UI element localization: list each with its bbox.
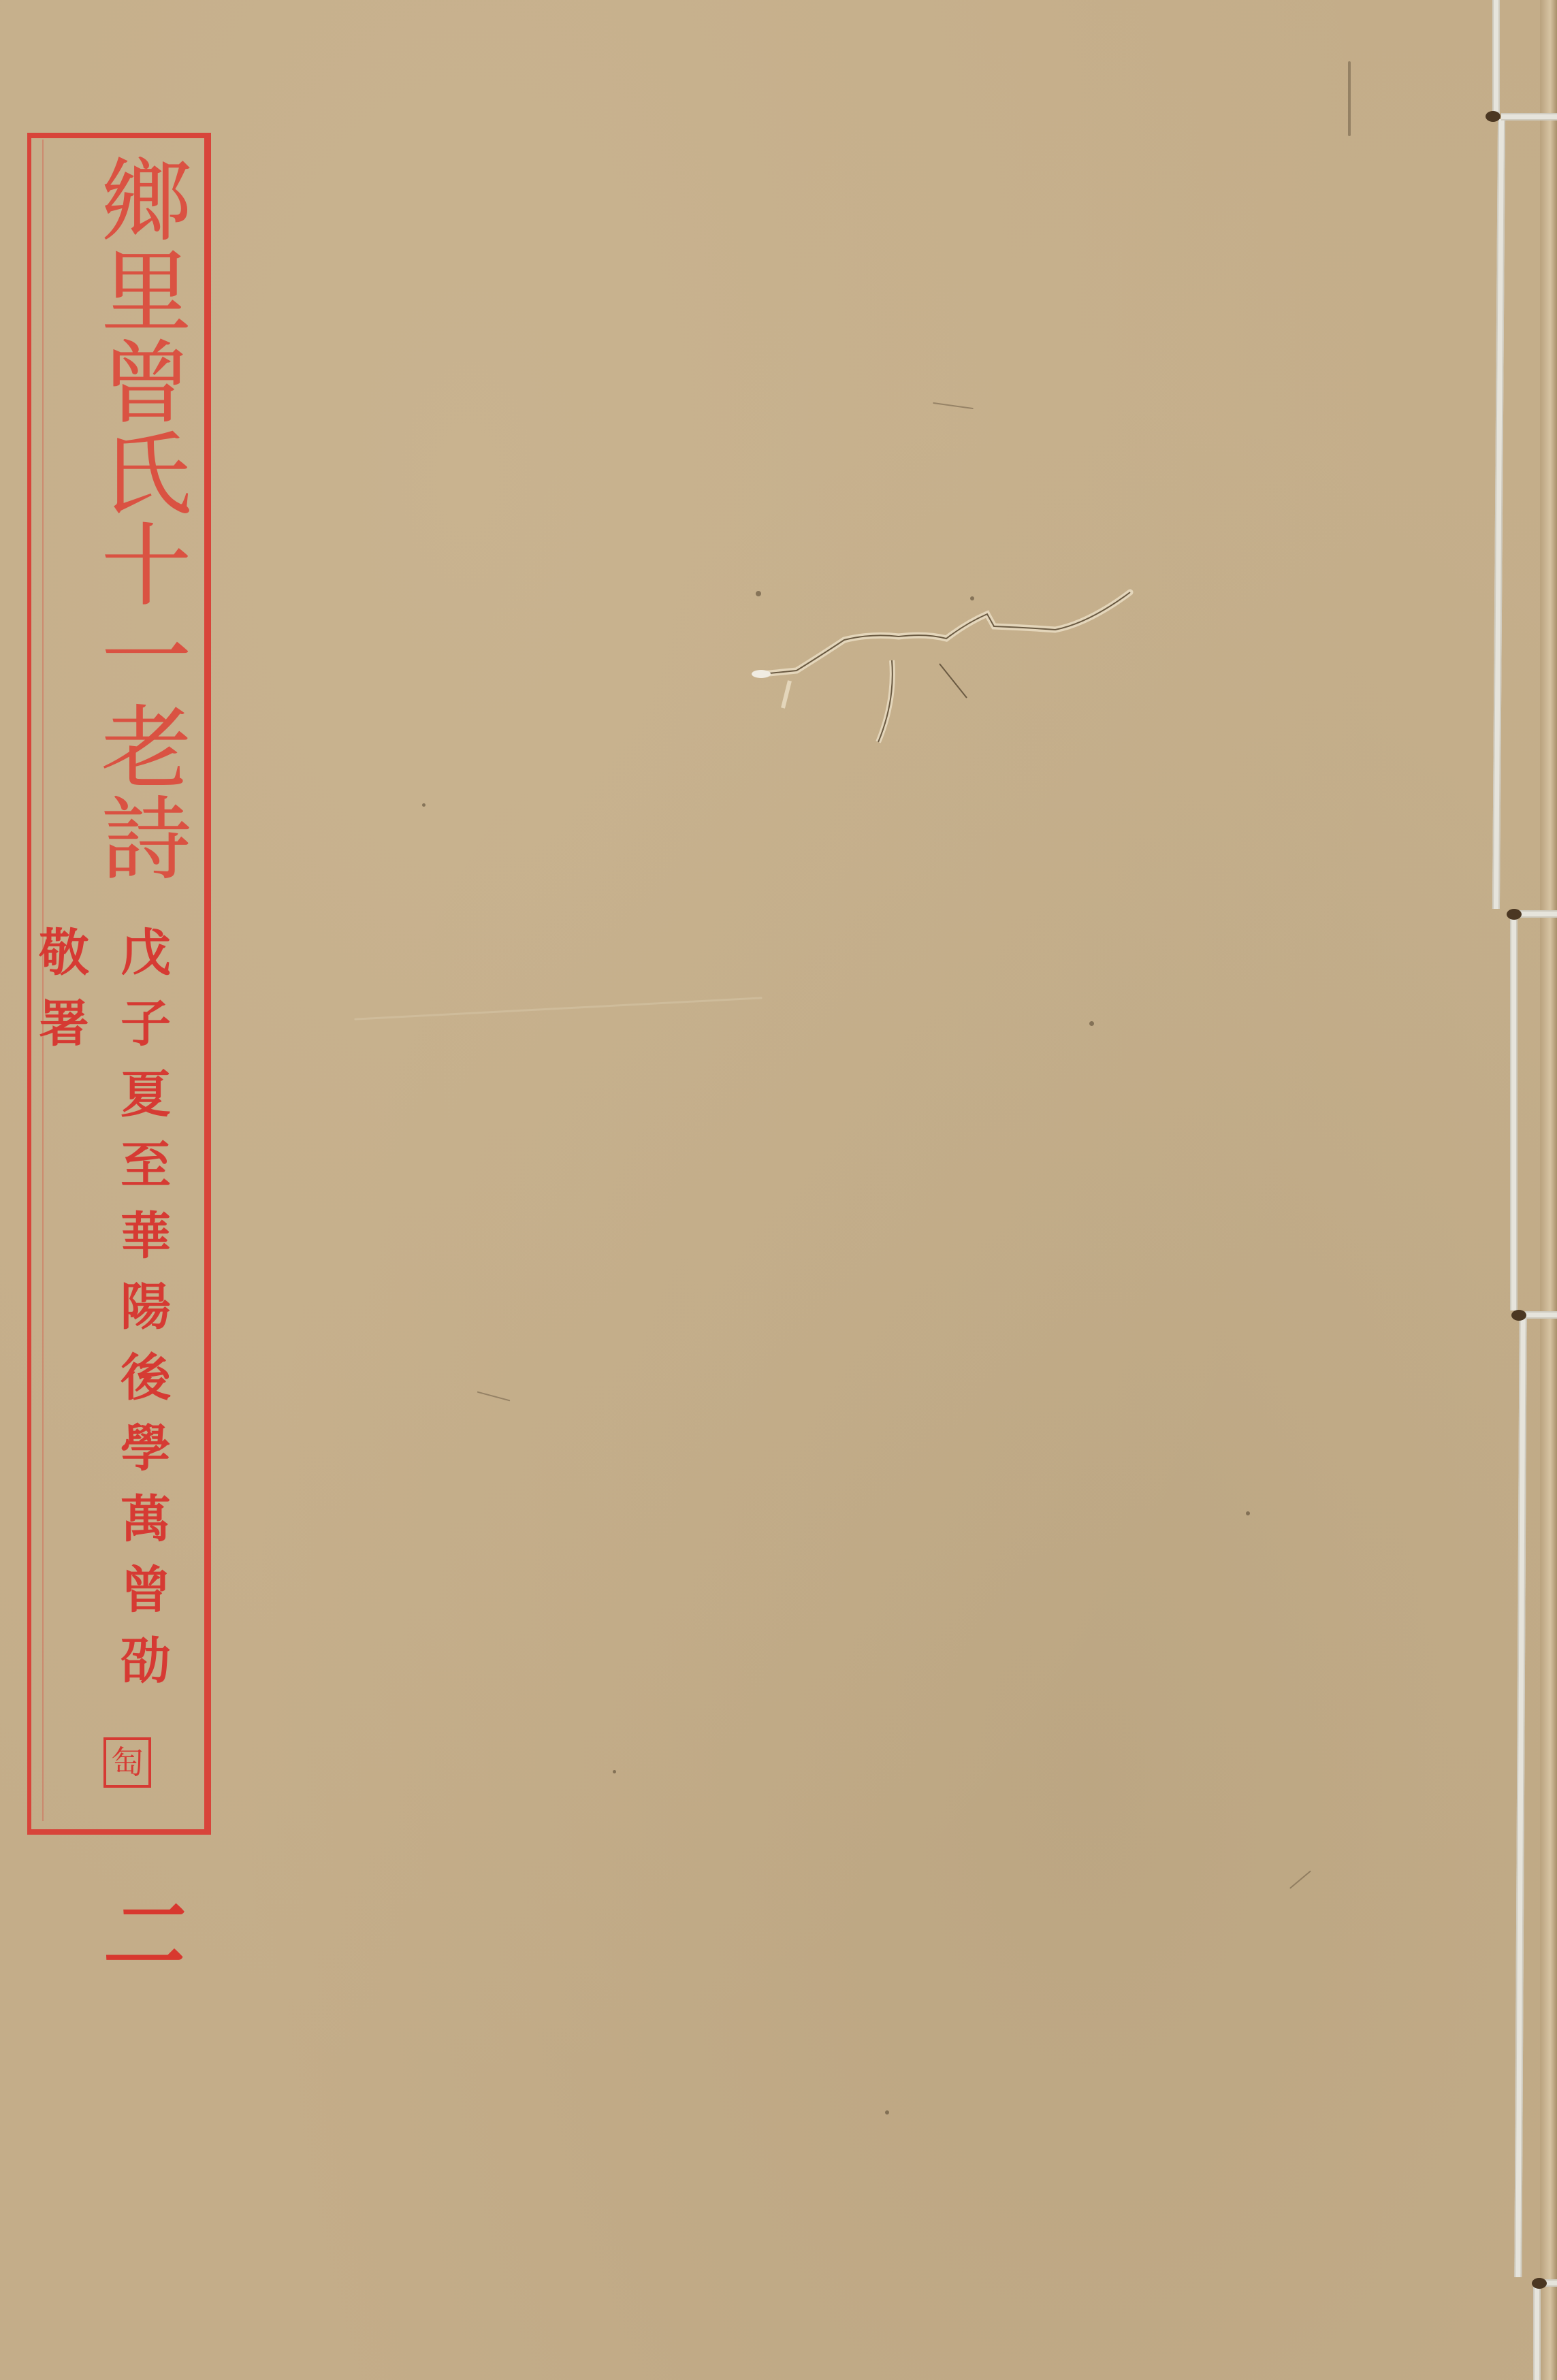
binding-knot xyxy=(1532,2278,1547,2289)
binding-knot xyxy=(1507,909,1522,920)
book-title: 鄉里曾氏十一老詩 xyxy=(80,153,196,888)
binding-knot xyxy=(1486,111,1500,122)
volume-number: 二 xyxy=(93,1899,204,1974)
calligrapher-inscription: 戊子夏至華陽後學萬曾劭敬署 xyxy=(101,926,182,1729)
binding-knot xyxy=(1511,1310,1526,1321)
seal-stamp: 匋 xyxy=(103,1737,151,1788)
spine-edge xyxy=(1540,0,1557,2380)
